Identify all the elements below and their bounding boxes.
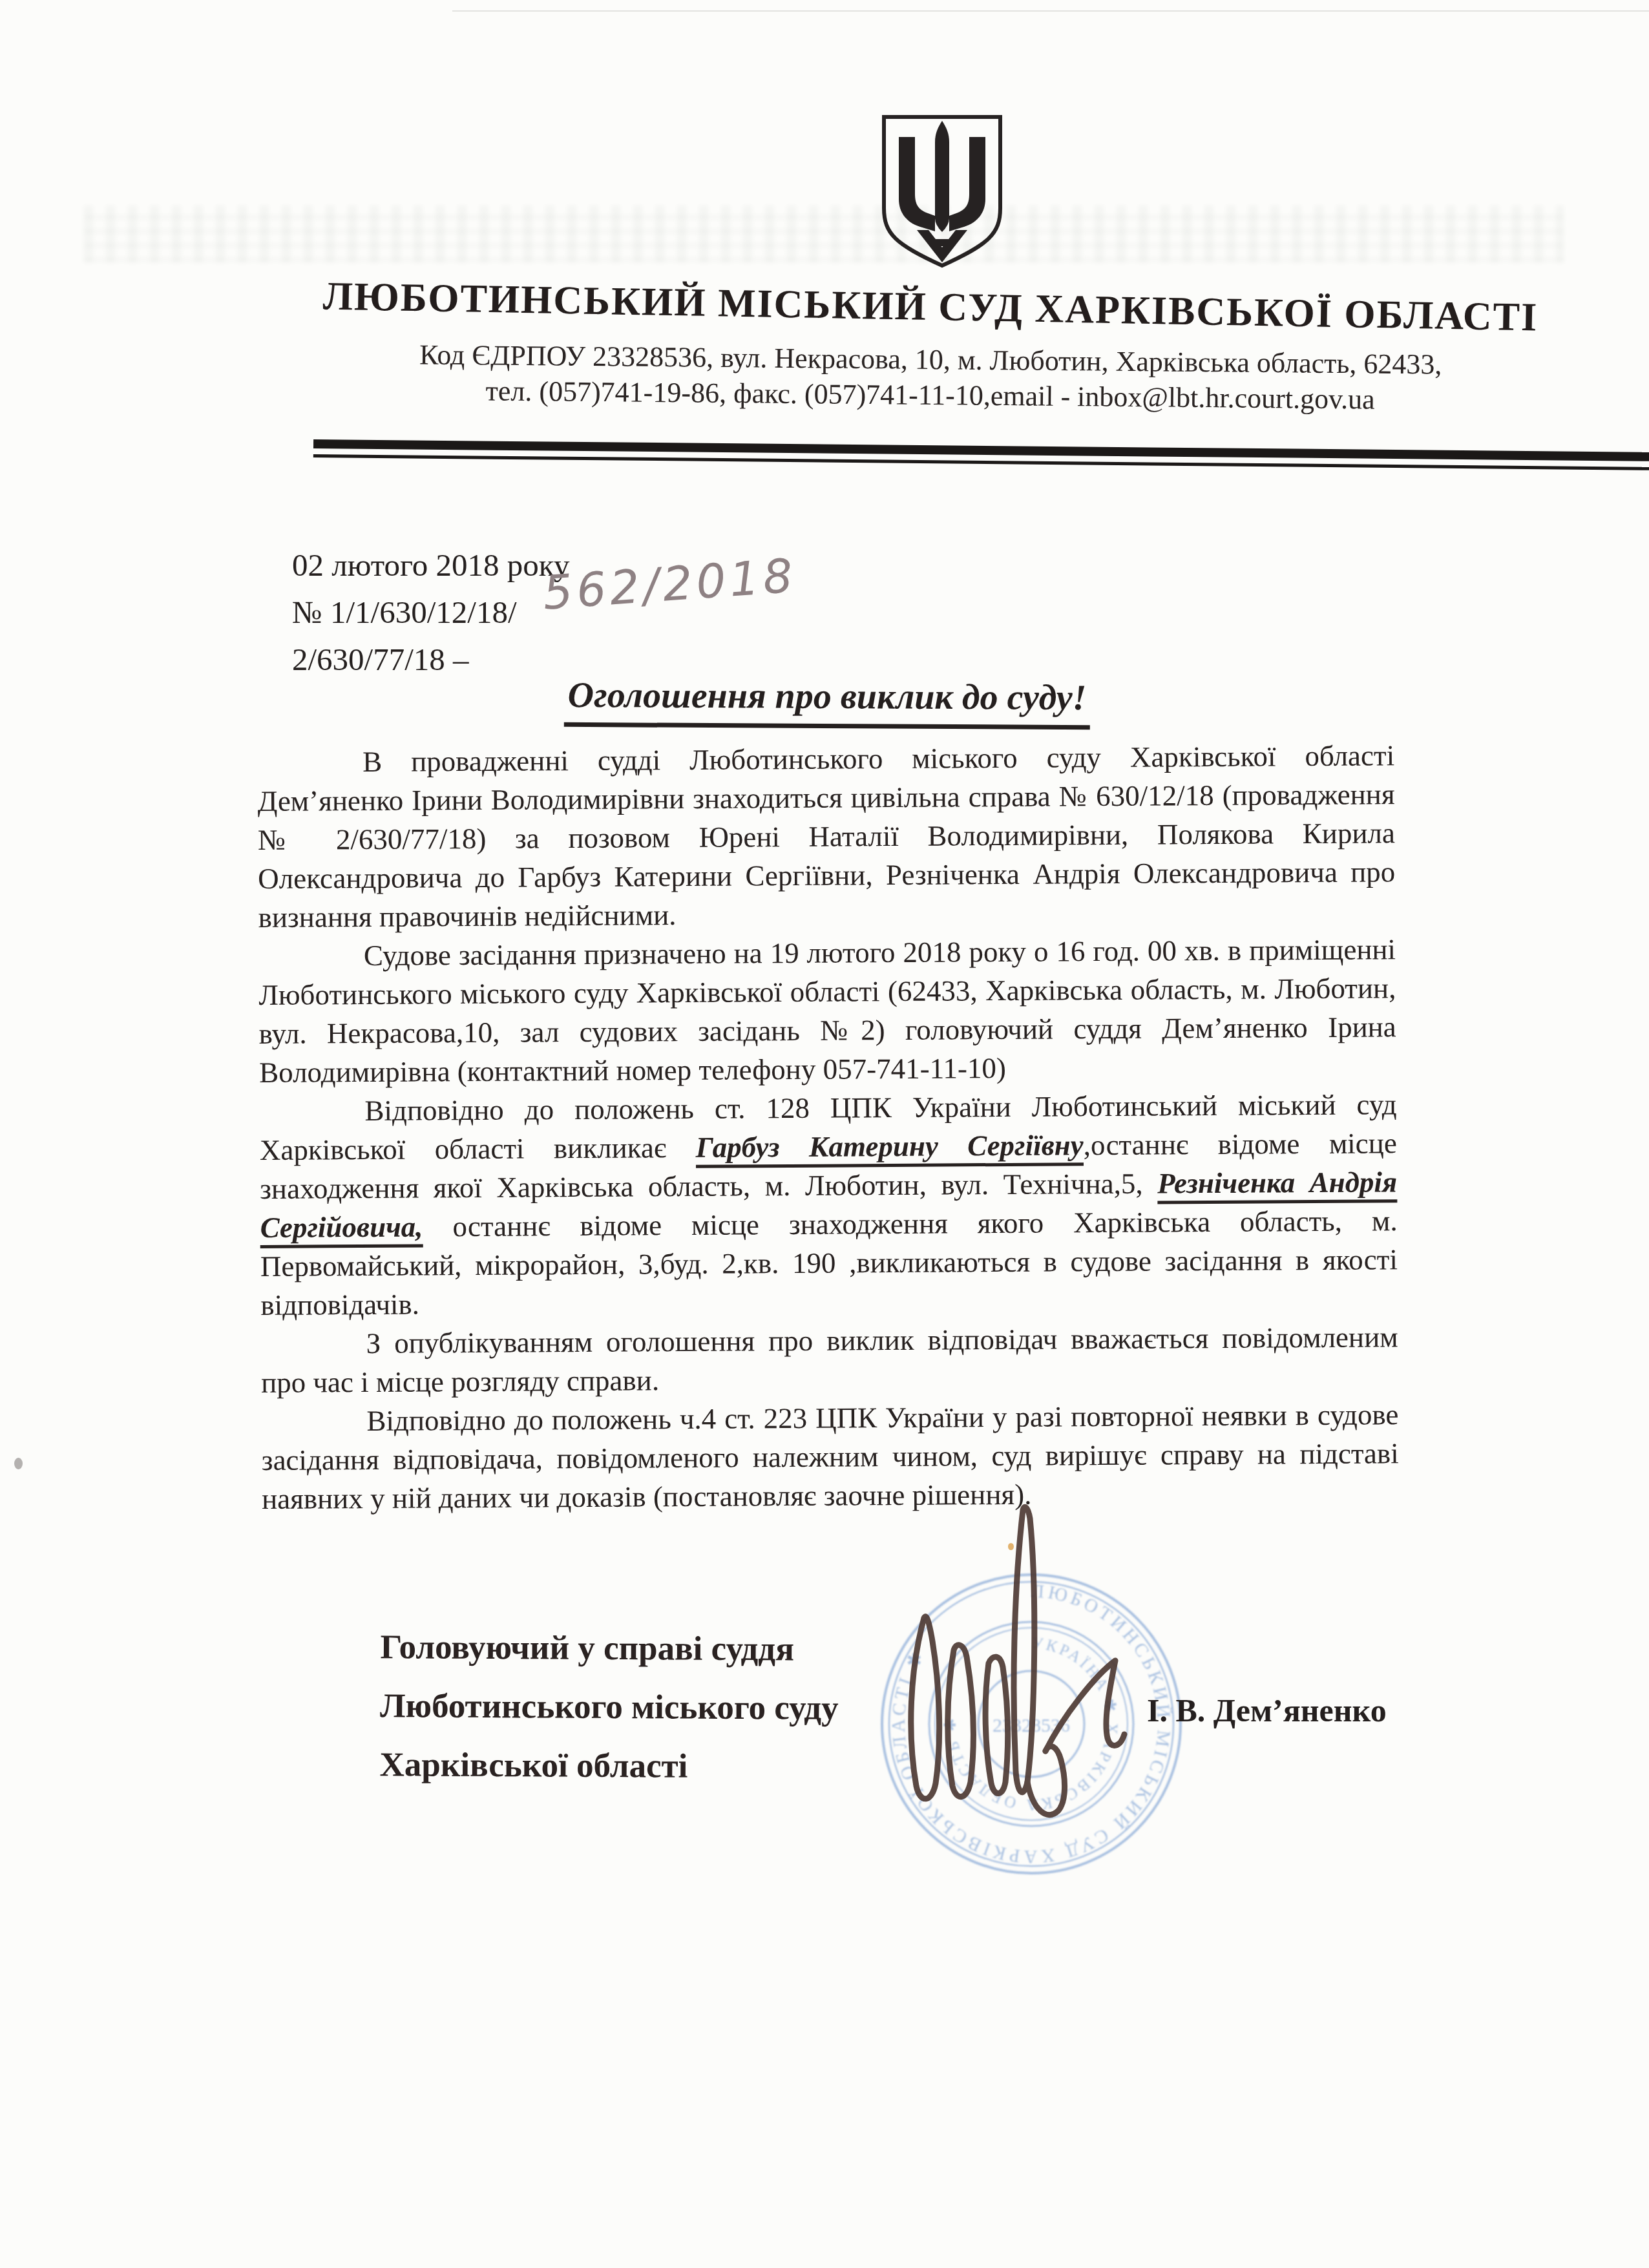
ukraine-trident-icon [876, 111, 1009, 271]
reference-block: 02 лютого 2018 року № 1/1/630/12/18/ 2/6… [292, 541, 569, 683]
document-title: Оголошення про виклик до суду! [563, 675, 1090, 730]
paragraph-5-text: Відповідно до положень ч.4 ст. 223 ЦПК У… [262, 1398, 1399, 1515]
scan-ink-speck [14, 1458, 23, 1469]
scanned-court-document: ЛЮБОТИНСЬКИЙ МІСЬКИЙ СУД ХАРКІВСЬКОЇ ОБЛ… [0, 0, 1649, 2268]
paragraph-3: Відповідно до положень ст. 128 ЦПК Украї… [259, 1085, 1398, 1325]
handwritten-registration-number: 562/2018 [541, 548, 799, 620]
document-date: 02 лютого 2018 року [292, 541, 569, 589]
paragraph-1-text: В провадженні судді Люботинського місько… [257, 739, 1395, 934]
letterhead-divider [313, 439, 1649, 470]
paragraph-1: В провадженні судді Люботинського місько… [257, 736, 1396, 937]
document-number: № 1/1/630/12/18/ [292, 589, 569, 636]
signer-role-line-1: Головуючий у справі суддя [380, 1618, 839, 1679]
court-name: ЛЮБОТИНСЬКИЙ МІСЬКИЙ СУД ХАРКІВСЬКОЇ ОБЛ… [213, 272, 1648, 343]
signer-role-line-2: Люботинського міського суду [380, 1677, 839, 1738]
scan-edge-artifact [452, 10, 1649, 12]
paper-bleed-through-artifact [84, 205, 1564, 262]
judge-signature [890, 1500, 1149, 1836]
signer-role-line-3: Харківської області [379, 1736, 838, 1797]
paragraph-5: Відповідно до положень ч.4 ст. 223 ЦПК У… [261, 1395, 1399, 1518]
court-address: Код ЄДРПОУ 23328536, вул. Некрасова, 10,… [213, 335, 1648, 419]
defendant-name-1: Гарбуз Катерину Сергіївну [695, 1129, 1083, 1168]
letterhead: ЛЮБОТИНСЬКИЙ МІСЬКИЙ СУД ХАРКІВСЬКОЇ ОБЛ… [213, 284, 1648, 413]
paragraph-3-text-end: останнє відоме місце знаходження якого Х… [260, 1204, 1398, 1321]
judge-name: І. В. Дем’яненко [1147, 1692, 1387, 1729]
scan-color-speck [1008, 1543, 1014, 1550]
paragraph-4-text: З опублікуванням оголошення про виклик в… [261, 1321, 1398, 1399]
document-body: В провадженні судді Люботинського місько… [257, 736, 1399, 1518]
paragraph-4: З опублікуванням оголошення про виклик в… [260, 1318, 1398, 1402]
signer-role: Головуючий у справі суддя Люботинського … [379, 1618, 839, 1797]
paragraph-2-text: Судове засідання призначено на 19 лютого… [258, 933, 1396, 1089]
paragraph-2: Судове засідання призначено на 19 лютого… [258, 930, 1396, 1092]
